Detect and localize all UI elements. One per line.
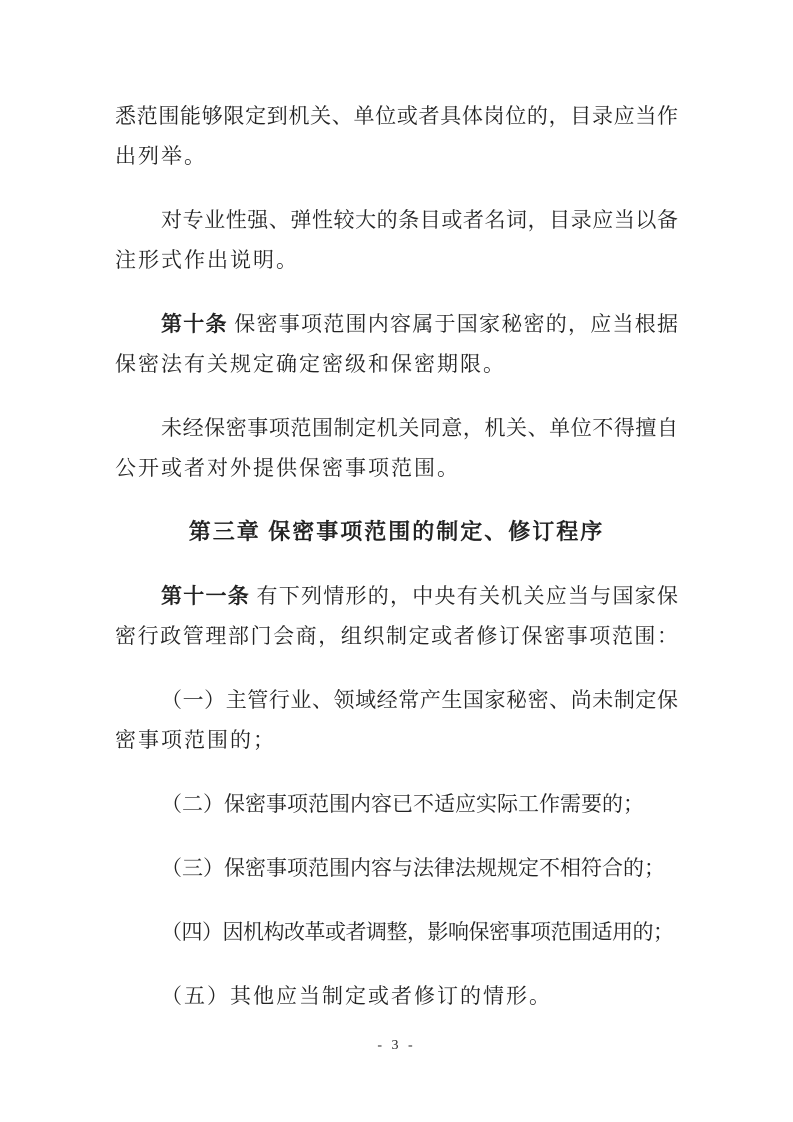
text-line: 公开或者对外提供保密事项范围。 — [115, 448, 678, 488]
text-line: （一）主管行业、领域经常产生国家秘密、尚未制定保 — [115, 680, 678, 720]
chapter-heading: 第三章 保密事项范围的制定、修订程序 — [115, 512, 678, 552]
paragraph-no-disclosure: 未经保密事项范围制定机关同意，机关、单位不得擅自 公开或者对外提供保密事项范围。 — [115, 408, 678, 488]
body-text: 悉范围能够限定到机关、单位或者具体岗位的，目录应当作 出列举。 对专业性强、弹性… — [115, 96, 678, 1040]
text-line: 注形式作出说明。 — [115, 240, 678, 280]
page-number: - 3 - — [0, 1036, 793, 1056]
document-page: 悉范围能够限定到机关、单位或者具体岗位的，目录应当作 出列举。 对专业性强、弹性… — [0, 0, 793, 1122]
text-line: 密事项范围的； — [115, 720, 678, 760]
text-line: 悉范围能够限定到机关、单位或者具体岗位的，目录应当作 — [115, 96, 678, 136]
text-line: 密行政管理部门会商，组织制定或者修订保密事项范围： — [115, 616, 678, 656]
article-11-text: 有下列情形的，中央有关机关应当与国家保 — [250, 584, 678, 608]
text-line: 未经保密事项范围制定机关同意，机关、单位不得擅自 — [115, 408, 678, 448]
article-10-text: 保密事项范围内容属于国家秘密的，应当根据 — [228, 312, 678, 336]
text-line: （二）保密事项范围内容已不适应实际工作需要的； — [115, 784, 678, 824]
paragraph-notes-for-terms: 对专业性强、弹性较大的条目或者名词，目录应当以备 注形式作出说明。 — [115, 200, 678, 280]
paragraph-article-10: 第十条 保密事项范围内容属于国家秘密的，应当根据 保密法有关规定确定密级和保密期… — [115, 304, 678, 384]
list-item-2: （二）保密事项范围内容已不适应实际工作需要的； — [115, 784, 678, 824]
text-line: 第十一条 有下列情形的，中央有关机关应当与国家保 — [115, 576, 678, 616]
list-item-5: （五）其他应当制定或者修订的情形。 — [115, 976, 678, 1016]
article-10-term: 第十条 — [161, 312, 228, 336]
text-line: 保密法有关规定确定密级和保密期限。 — [115, 344, 678, 384]
paragraph-directory-scope: 悉范围能够限定到机关、单位或者具体岗位的，目录应当作 出列举。 — [115, 96, 678, 176]
text-line: 第十条 保密事项范围内容属于国家秘密的，应当根据 — [115, 304, 678, 344]
list-item-4: （四）因机构改革或者调整，影响保密事项范围适用的； — [115, 912, 678, 952]
text-line: （三）保密事项范围内容与法律法规规定不相符合的； — [115, 848, 678, 888]
list-item-3: （三）保密事项范围内容与法律法规规定不相符合的； — [115, 848, 678, 888]
text-line: （五）其他应当制定或者修订的情形。 — [115, 976, 678, 1016]
text-line: （四）因机构改革或者调整，影响保密事项范围适用的； — [115, 912, 678, 952]
paragraph-article-11: 第十一条 有下列情形的，中央有关机关应当与国家保 密行政管理部门会商，组织制定或… — [115, 576, 678, 656]
text-line: 出列举。 — [115, 136, 678, 176]
article-11-term: 第十一条 — [161, 584, 250, 608]
list-item-1: （一）主管行业、领域经常产生国家秘密、尚未制定保 密事项范围的； — [115, 680, 678, 760]
text-line: 对专业性强、弹性较大的条目或者名词，目录应当以备 — [115, 200, 678, 240]
